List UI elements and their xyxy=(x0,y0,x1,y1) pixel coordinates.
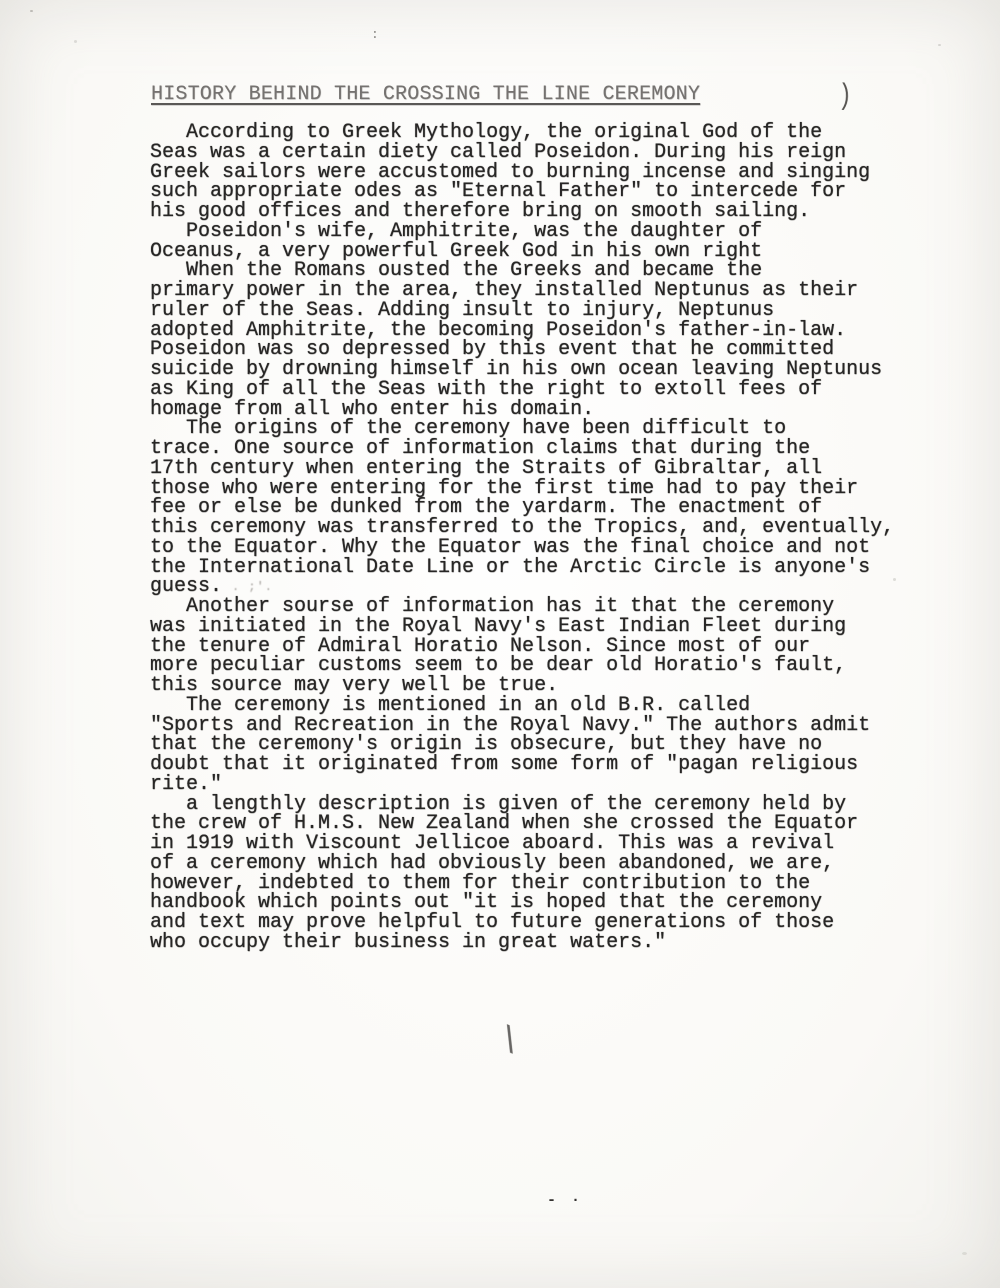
scan-speck xyxy=(30,10,33,12)
stray-top-speck: : xyxy=(371,27,379,42)
paragraph: a lengthly description is given of the c… xyxy=(150,795,950,953)
scanned-page: HISTORY BEHIND THE CROSSING THE LINE CER… xyxy=(0,0,1000,1288)
stray-bottom-marks: - · xyxy=(547,1192,583,1209)
paragraph: When the Romans ousted the Greeks and be… xyxy=(150,261,950,419)
stray-diagonal-mark: \ xyxy=(492,1022,525,1065)
ink-smudge: . ;'. xyxy=(232,580,273,594)
paragraph: Poseidon's wife, Amphitrite, was the dau… xyxy=(150,222,950,262)
scan-speck xyxy=(962,1252,967,1255)
document-title: HISTORY BEHIND THE CROSSING THE LINE CER… xyxy=(151,84,700,106)
paragraph: Another sourse of information has it tha… xyxy=(150,597,950,696)
scan-speck xyxy=(893,578,896,581)
scan-speck xyxy=(938,44,941,46)
paragraph: According to Greek Mythology, the origin… xyxy=(150,123,950,222)
typed-text-body: According to Greek Mythology, the origin… xyxy=(150,123,950,953)
stray-paren-mark: ) xyxy=(838,80,852,115)
paragraph: The origins of the ceremony have been di… xyxy=(150,419,950,597)
scan-speck xyxy=(74,40,77,43)
paragraph: The ceremony is mentioned in an old B.R.… xyxy=(150,696,950,795)
